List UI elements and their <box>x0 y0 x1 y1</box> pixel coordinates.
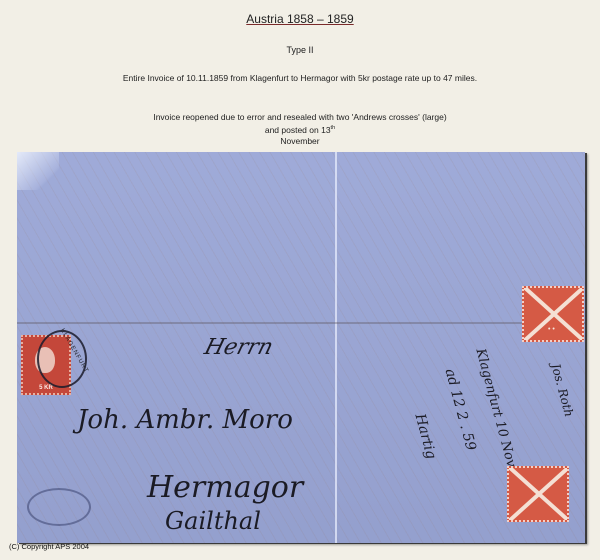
andrews-cross-seal-top: • • <box>522 286 584 342</box>
vertical-annotation: Klagenfurt 10 Nov <box>473 347 519 469</box>
address-recipient: Joh. Ambr. Moro <box>77 405 293 435</box>
vertical-annotation: Hartig <box>412 412 439 461</box>
vertical-fold <box>335 152 337 543</box>
address-region: Gailthal <box>165 507 261 535</box>
address-town: Hermagor <box>147 470 303 505</box>
postmark-cancel: KLAGENFURT <box>37 330 87 388</box>
copyright-notice: (C) Copyright APS 2004 <box>9 542 89 551</box>
horizontal-fold <box>17 322 585 324</box>
page-subtitle: Type II <box>0 45 600 55</box>
invoice-letter: 5 KR KLAGENFURT • • Herrn Joh. Ambr. Mor… <box>17 152 585 543</box>
paper-tear <box>17 152 59 190</box>
oval-handstamp <box>27 488 91 526</box>
address-salutation: Herrn <box>202 335 276 360</box>
description-line-2: Invoice reopened due to error and reseal… <box>150 112 450 147</box>
andrews-cross-seal-bottom <box>507 466 569 522</box>
vertical-annotation: ad 12 2 . 59 <box>442 367 479 452</box>
vertical-annotation: Jos. Roth <box>548 362 576 418</box>
description-line-1: Entire Invoice of 10.11.1859 from Klagen… <box>0 73 600 83</box>
page-title: Austria 1858 – 1859 <box>0 12 600 26</box>
